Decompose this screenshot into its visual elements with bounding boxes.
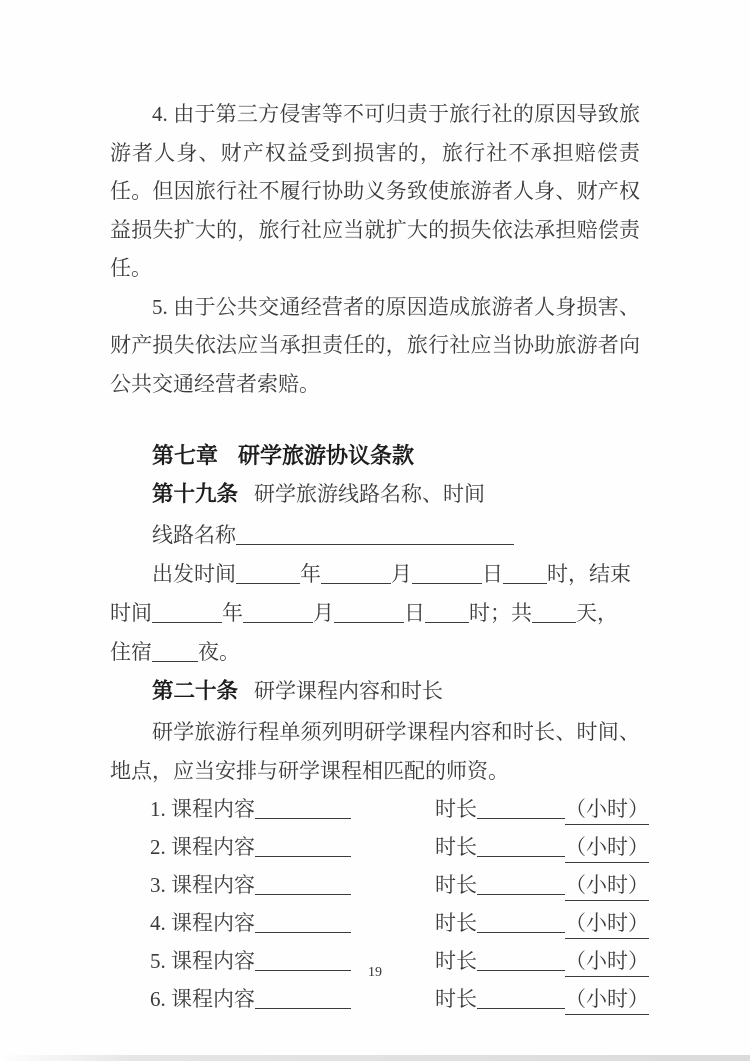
text-segment: 1. 课程内容 bbox=[150, 797, 255, 821]
blank-underline-field bbox=[255, 911, 351, 933]
text-segment: 年 bbox=[222, 601, 243, 625]
course-duration-field: 时长（小时） bbox=[435, 828, 649, 866]
blank-underline-field bbox=[236, 523, 514, 545]
text-segment: 出发时间 bbox=[152, 562, 236, 586]
underlined-text-segment: （小时） bbox=[565, 835, 649, 863]
scan-edge-shadow bbox=[0, 1055, 750, 1061]
blank-underline-field bbox=[321, 562, 391, 584]
text-segment: 时长 bbox=[435, 987, 477, 1011]
text-segment: 6. 课程内容 bbox=[150, 987, 255, 1011]
text-segment: 线路名称 bbox=[152, 523, 236, 547]
text-segment: 时间 bbox=[110, 601, 152, 625]
document-page: 4. 由于第三方侵害等不可归责于旅行社的原因导致旅游者人身、财产权益受到损害的，… bbox=[0, 0, 750, 1061]
chapter-7-heading: 第七章研学旅游协议条款 bbox=[152, 436, 640, 475]
course-duration-field: 时长（小时） bbox=[435, 866, 649, 904]
course-row-4: 4. 课程内容时长（小时） bbox=[150, 904, 640, 942]
blank-underline-field bbox=[477, 797, 565, 819]
text-segment: 住宿 bbox=[110, 640, 152, 664]
text-segment: 月 bbox=[391, 562, 412, 586]
return-time-fill-line: 时间年月日时；共天， bbox=[110, 594, 640, 633]
route-name-fill-line: 线路名称 bbox=[152, 516, 640, 555]
course-rows-list: 1. 课程内容时长（小时）2. 课程内容时长（小时）3. 课程内容时长（小时）4… bbox=[110, 790, 640, 1018]
article-19-number: 第十九条 bbox=[152, 482, 238, 506]
article-20-body-paragraph: 研学旅游行程单须列明研学课程内容和时长、时间、地点，应当安排与研学课程相匹配的师… bbox=[110, 713, 640, 790]
article-19-title: 研学旅游线路名称、时间 bbox=[254, 482, 485, 506]
page-content: 4. 由于第三方侵害等不可归责于旅行社的原因导致旅游者人身、财产权益受到损害的，… bbox=[110, 95, 640, 1018]
blank-underline-field bbox=[243, 601, 313, 623]
text-segment: 时长 bbox=[435, 797, 477, 821]
blank-underline-field bbox=[255, 835, 351, 857]
blank-underline-field bbox=[255, 873, 351, 895]
blank-underline-field bbox=[503, 562, 547, 584]
text-segment: 年 bbox=[300, 562, 321, 586]
article-20-number: 第二十条 bbox=[152, 679, 238, 703]
underlined-text-segment: （小时） bbox=[565, 987, 649, 1015]
course-duration-field: 时长（小时） bbox=[435, 980, 649, 1018]
blank-underline-field bbox=[236, 562, 300, 584]
text-segment: 时长 bbox=[435, 911, 477, 935]
article-20-title: 研学课程内容和时长 bbox=[254, 679, 443, 703]
page-number: 19 bbox=[0, 963, 750, 983]
text-segment: 日 bbox=[482, 562, 503, 586]
text-segment: 时长 bbox=[435, 835, 477, 859]
chapter-7-number: 第七章 bbox=[152, 443, 218, 468]
chapter-7-title: 研学旅游协议条款 bbox=[238, 443, 414, 468]
course-duration-field: 时长（小时） bbox=[435, 790, 649, 828]
blank-underline-field bbox=[532, 601, 576, 623]
clause-4-paragraph: 4. 由于第三方侵害等不可归责于旅行社的原因导致旅游者人身、财产权益受到损害的，… bbox=[110, 95, 640, 288]
text-segment: 2. 课程内容 bbox=[150, 835, 255, 859]
course-duration-field: 时长（小时） bbox=[435, 904, 649, 942]
blank-underline-field bbox=[477, 873, 565, 895]
text-segment: 月 bbox=[313, 601, 334, 625]
course-row-2: 2. 课程内容时长（小时） bbox=[150, 828, 640, 866]
course-row-1: 1. 课程内容时长（小时） bbox=[150, 790, 640, 828]
blank-underline-field bbox=[412, 562, 482, 584]
course-content-field: 3. 课程内容 bbox=[150, 866, 435, 904]
underlined-text-segment: （小时） bbox=[565, 797, 649, 825]
departure-time-fill-line: 出发时间年月日时，结束 bbox=[152, 555, 640, 594]
course-content-field: 4. 课程内容 bbox=[150, 904, 435, 942]
text-segment: 日 bbox=[404, 601, 425, 625]
course-content-field: 2. 课程内容 bbox=[150, 828, 435, 866]
blank-underline-field bbox=[152, 601, 222, 623]
course-content-field: 6. 课程内容 bbox=[150, 980, 435, 1018]
text-segment: 时长 bbox=[435, 873, 477, 897]
underlined-text-segment: （小时） bbox=[565, 911, 649, 939]
blank-underline-field bbox=[477, 911, 565, 933]
lodging-nights-fill-line: 住宿夜。 bbox=[110, 633, 640, 672]
course-content-field: 1. 课程内容 bbox=[150, 790, 435, 828]
course-row-6: 6. 课程内容时长（小时） bbox=[150, 980, 640, 1018]
article-19-heading: 第十九条研学旅游线路名称、时间 bbox=[152, 475, 640, 516]
text-segment: 时；共 bbox=[469, 601, 532, 625]
blank-underline-field bbox=[477, 835, 565, 857]
text-segment: 3. 课程内容 bbox=[150, 873, 255, 897]
text-segment: 4. 课程内容 bbox=[150, 911, 255, 935]
clause-5-paragraph: 5. 由于公共交通经营者的原因造成旅游者人身损害、财产损失依法应当承担责任的，旅… bbox=[110, 288, 640, 404]
blank-underline-field bbox=[477, 987, 565, 1009]
course-row-3: 3. 课程内容时长（小时） bbox=[150, 866, 640, 904]
blank-underline-field bbox=[334, 601, 404, 623]
blank-underline-field bbox=[425, 601, 469, 623]
text-segment: 夜。 bbox=[198, 640, 240, 664]
underlined-text-segment: （小时） bbox=[565, 873, 649, 901]
text-segment: 天， bbox=[576, 601, 618, 625]
blank-underline-field bbox=[255, 797, 351, 819]
article-20-heading: 第二十条研学课程内容和时长 bbox=[152, 672, 640, 713]
text-segment: 时，结束 bbox=[547, 562, 631, 586]
blank-underline-field bbox=[255, 987, 351, 1009]
blank-underline-field bbox=[152, 640, 198, 662]
